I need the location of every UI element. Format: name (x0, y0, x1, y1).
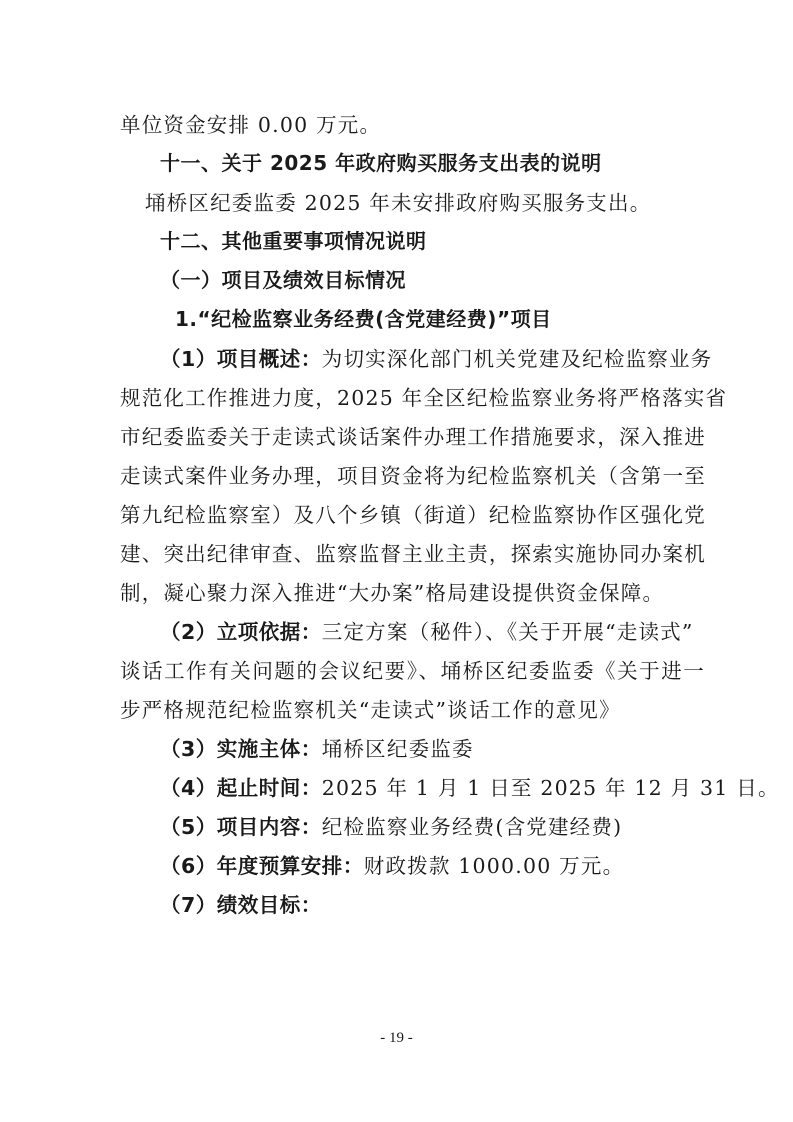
item-text: 埇桥区纪委监委 (322, 737, 474, 761)
subsection-heading: （一）项目及绩效目标情况 (160, 264, 406, 293)
paragraph-line: 建、突出纪律审查、监察监督主业主责，探索实施协同办案机 (120, 537, 705, 567)
item-text: 财政拨款 1000.00 万元。 (364, 854, 625, 878)
paragraph-line: 制，凝心聚力深入推进“大办案”格局建设提供资金保障。 (120, 576, 664, 606)
item-label: （7）绩效目标： (160, 893, 322, 917)
paragraph-line: 步严格规范纪检监察机关“走读式”谈话工作的意见》 (120, 693, 621, 723)
item-text: 三定方案（秘件）、《关于开展“走读式” (322, 620, 694, 644)
paragraph-line: 第九纪检监察室）及八个乡镇（街道）纪检监察协作区强化党 (120, 498, 705, 528)
item-text: 2025 年 1 月 1 日至 2025 年 12 月 31 日。 (322, 776, 780, 800)
item-label: （2）立项依据： (160, 620, 322, 644)
project-heading: 1.“纪检监察业务经费(含党建经费)”项目 (175, 303, 552, 332)
page-number: - 19 - (0, 1030, 793, 1047)
item-label: （4）起止时间： (160, 776, 322, 800)
item-basis: （2）立项依据：三定方案（秘件）、《关于开展“走读式” (160, 615, 694, 645)
item-text: 纪检监察业务经费(含党建经费) (322, 815, 623, 839)
item-label: （1）项目概述： (160, 347, 322, 371)
paragraph-line: 埇桥区纪委监委 2025 年未安排政府购买服务支出。 (145, 186, 651, 216)
paragraph-line: 谈话工作有关问题的会议纪要》、埇桥区纪委监委《关于进一 (120, 654, 705, 684)
paragraph-line: 市纪委监委关于走读式谈话案件办理工作措施要求，深入推进 (120, 420, 705, 450)
item-overview: （1）项目概述：为切实深化部门机关党建及纪检监察业务 (160, 342, 712, 372)
item-label: （3）实施主体： (160, 737, 322, 761)
paragraph-line: 走读式案件业务办理，项目资金将为纪检监察机关（含第一至 (120, 459, 705, 489)
item-content: （5）项目内容：纪检监察业务经费(含党建经费) (160, 810, 622, 840)
item-text: 为切实深化部门机关党建及纪检监察业务 (322, 347, 713, 371)
paragraph-line: 规范化工作推进力度，2025 年全区纪检监察业务将严格落实省 (120, 381, 705, 411)
item-label: （6）年度预算安排： (160, 854, 364, 878)
section-heading-11: 十一、关于 2025 年政府购买服务支出表的说明 (160, 147, 602, 176)
item-implementer: （3）实施主体：埇桥区纪委监委 (160, 732, 474, 762)
item-budget: （6）年度预算安排：财政拨款 1000.00 万元。 (160, 849, 624, 879)
paragraph-line: 单位资金安排 0.00 万元。 (120, 108, 381, 138)
item-label: （5）项目内容： (160, 815, 322, 839)
section-heading-12: 十二、其他重要事项情况说明 (160, 225, 427, 254)
item-goals: （7）绩效目标： (160, 888, 322, 918)
item-period: （4）起止时间：2025 年 1 月 1 日至 2025 年 12 月 31 日… (160, 771, 780, 801)
